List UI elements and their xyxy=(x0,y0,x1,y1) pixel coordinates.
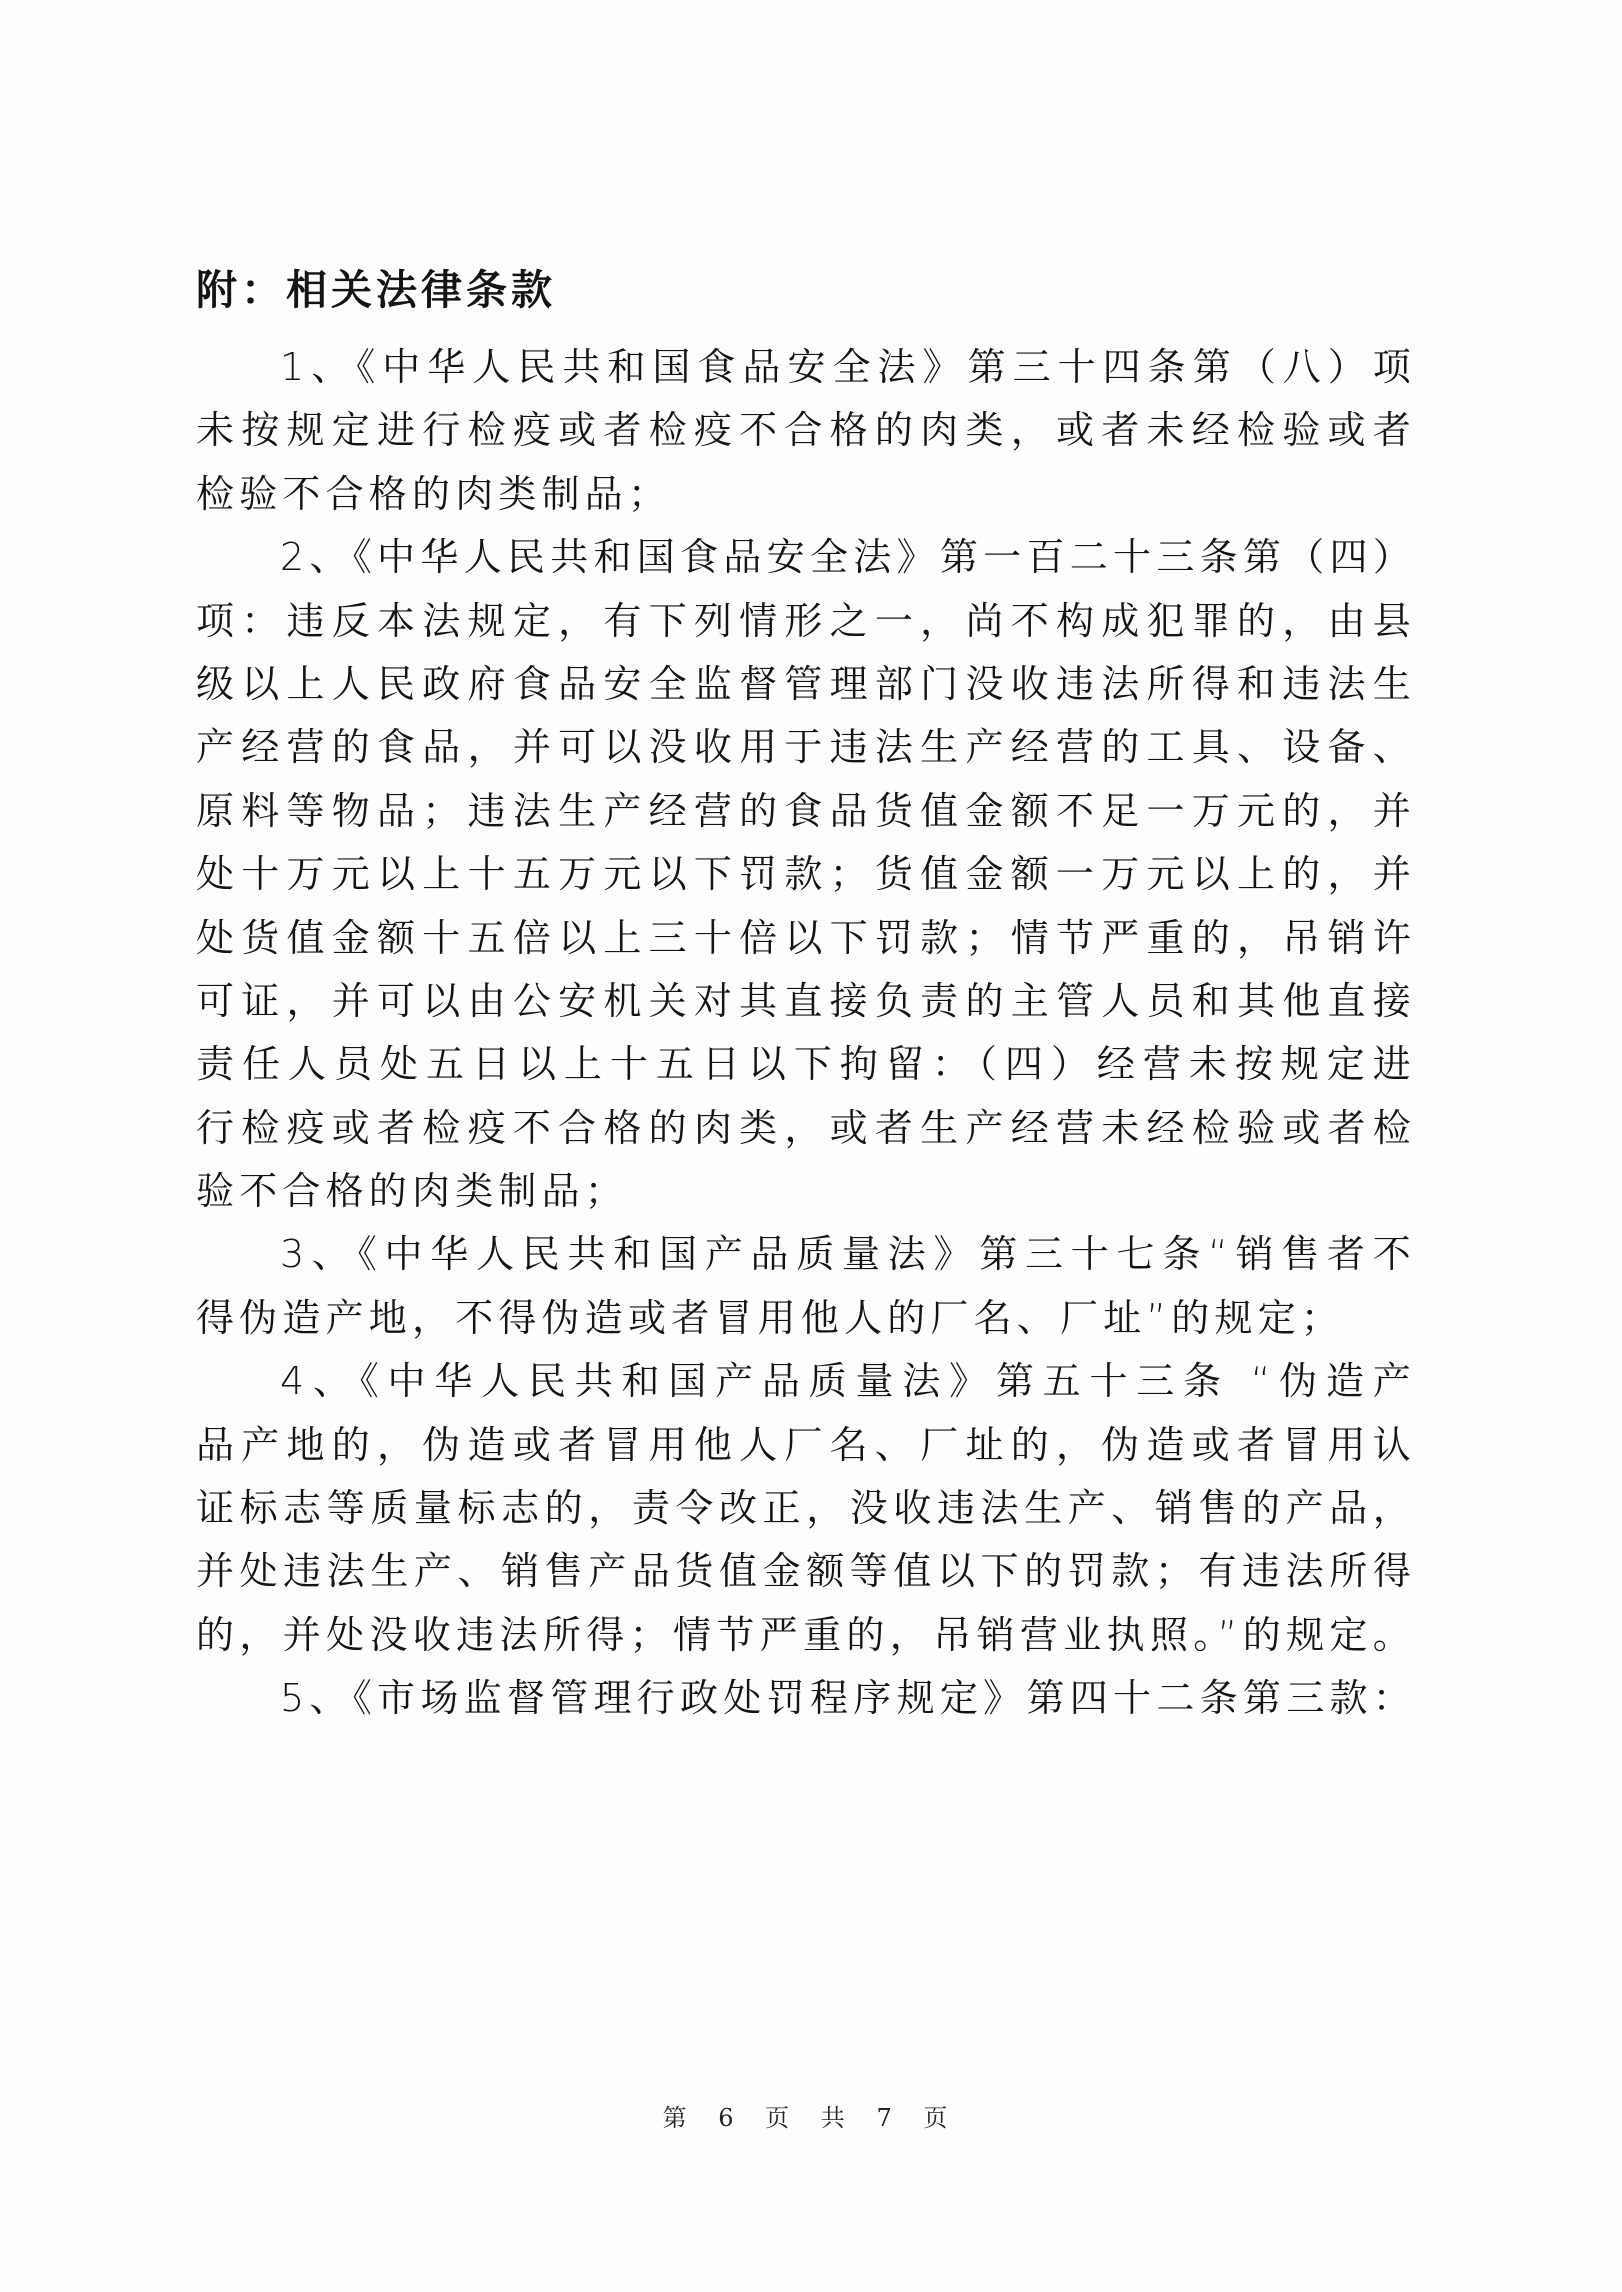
paragraph-2-line-11: 验不合格的肉类制品； xyxy=(196,1160,1416,1223)
paragraph-2-line-1: 2、《中华人民共和国食品安全法》第一百二十三条第（四） xyxy=(196,526,1416,589)
paragraph-2-line-9: 责任人员处五日以上十五日以下拘留：（四）经营未按规定进 xyxy=(196,1033,1416,1096)
paragraph-2-line-4: 产经营的食品，并可以没收用于违法生产经营的工具、设备、 xyxy=(196,716,1416,779)
paragraph-1-line-3: 检验不合格的肉类制品； xyxy=(196,463,1416,526)
paragraph-1-line-2: 未按规定进行检疫或者检疫不合格的肉类，或者未经检验或者 xyxy=(196,399,1416,462)
paragraph-4-line-5: 的，并处没收违法所得；情节严重的，吊销营业执照。”的规定。 xyxy=(196,1604,1416,1667)
paragraph-5-line-1: 5、《市场监督管理行政处罚程序规定》第四十二条第三款： xyxy=(196,1667,1416,1730)
document-page: 附：相关法律条款 1、《中华人民共和国食品安全法》第三十四条第（八）项 未按规定… xyxy=(0,0,1622,2292)
paragraph-2-line-2: 项：违反本法规定，有下列情形之一，尚不构成犯罪的，由县 xyxy=(196,590,1416,653)
document-body: 1、《中华人民共和国食品安全法》第三十四条第（八）项 未按规定进行检疫或者检疫不… xyxy=(196,336,1416,1731)
paragraph-4-line-1: 4、《中华人民共和国产品质量法》第五十三条 “伪造产 xyxy=(196,1350,1416,1413)
paragraph-3-line-1: 3、《中华人民共和国产品质量法》第三十七条“销售者不 xyxy=(196,1223,1416,1286)
paragraph-2-line-5: 原料等物品；违法生产经营的食品货值金额不足一万元的，并 xyxy=(196,780,1416,843)
paragraph-3-line-2: 得伪造产地，不得伪造或者冒用他人的厂名、厂址”的规定； xyxy=(196,1287,1416,1350)
paragraph-4-line-3: 证标志等质量标志的，责令改正，没收违法生产、销售的产品， xyxy=(196,1477,1416,1540)
paragraph-2-line-10: 行检疫或者检疫不合格的肉类，或者生产经营未经检验或者检 xyxy=(196,1097,1416,1160)
paragraph-2-line-6: 处十万元以上十五万元以下罚款；货值金额一万元以上的，并 xyxy=(196,843,1416,906)
paragraph-2-line-8: 可证，并可以由公安机关对其直接负责的主管人员和其他直接 xyxy=(196,970,1416,1033)
paragraph-4-line-2: 品产地的，伪造或者冒用他人厂名、厂址的，伪造或者冒用认 xyxy=(196,1414,1416,1477)
paragraph-1-line-1: 1、《中华人民共和国食品安全法》第三十四条第（八）项 xyxy=(196,336,1416,399)
paragraph-2-line-3: 级以上人民政府食品安全监督管理部门没收违法所得和违法生 xyxy=(196,653,1416,716)
page-title: 附：相关法律条款 xyxy=(196,262,556,318)
page-number-footer: 第 6 页 共 7 页 xyxy=(0,2098,1622,2133)
paragraph-2-line-7: 处货值金额十五倍以上三十倍以下罚款；情节严重的，吊销许 xyxy=(196,907,1416,970)
paragraph-4-line-4: 并处违法生产、销售产品货值金额等值以下的罚款；有违法所得 xyxy=(196,1540,1416,1603)
